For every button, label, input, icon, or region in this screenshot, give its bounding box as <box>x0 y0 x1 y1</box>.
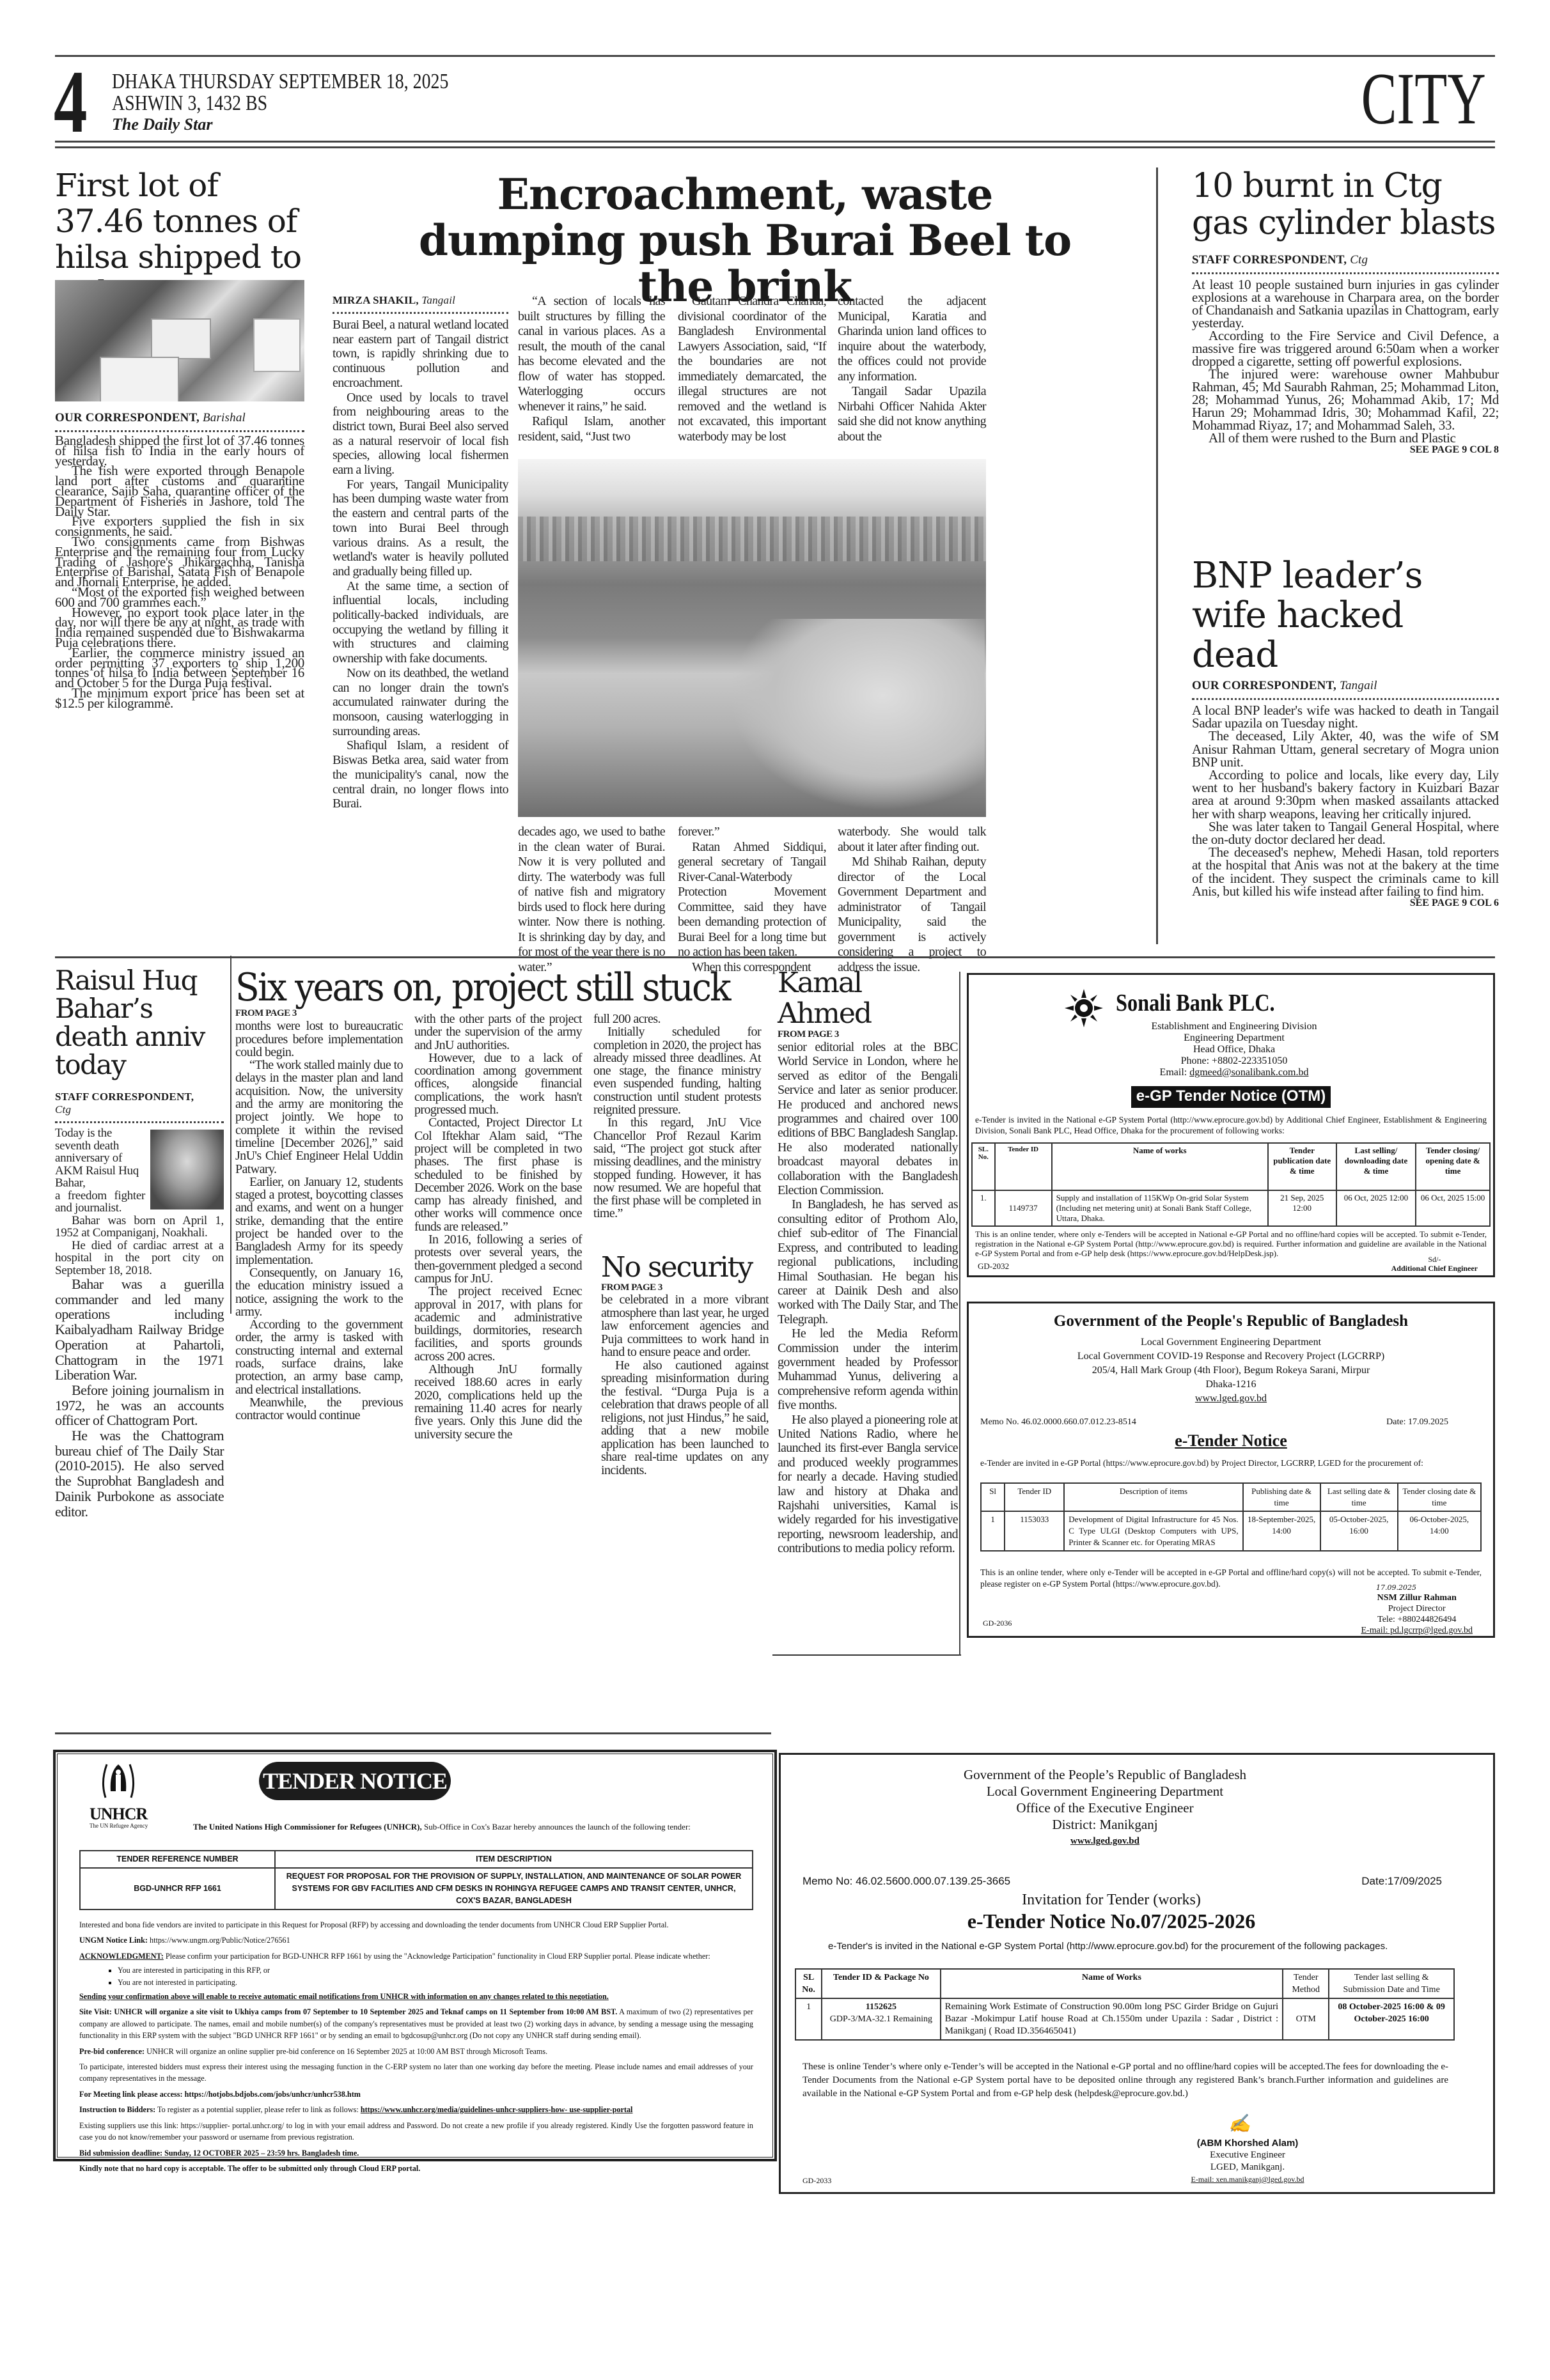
paragraph: Tangail Sadar Upazila Nirbahi Officer Na… <box>838 384 986 444</box>
address-line: 205/4, Hall Mark Group (4th Floor), Begu… <box>969 1364 1493 1378</box>
cell: 06 Oct, 2025 15:00 <box>1416 1190 1490 1226</box>
raisul-portrait <box>150 1130 224 1209</box>
notice-footer: This is an online tender, where only e-T… <box>975 1229 1487 1258</box>
cell: 08 October-2025 16:00 & 09 October-2025 … <box>1329 1998 1454 2040</box>
paragraph: A local BNP leader's wife was hacked to … <box>1192 704 1499 729</box>
paragraph: The injured were: warehouse owner Mahbub… <box>1192 368 1499 432</box>
paragraph: He also cautioned against spreading misi… <box>601 1359 769 1477</box>
designation: Executive Engineer <box>1139 2149 1356 2161</box>
prebid-label: Pre-bid conference: <box>79 2047 145 2056</box>
paragraph: “The work stalled mainly due to delays i… <box>235 1059 403 1176</box>
ad-code: GD-2036 <box>983 1619 1012 1628</box>
notice-title-wrap: e-GP Tender Notice (OTM) <box>969 1087 1493 1105</box>
col-header: Name of Works <box>941 1969 1283 1998</box>
paragraph: contacted the adjacent Municipal, Karati… <box>838 294 986 384</box>
paragraph: forever.” <box>678 825 826 840</box>
col-header: Sl <box>981 1483 1005 1511</box>
cell: 1149737 <box>995 1190 1052 1226</box>
byline-location: Tangail <box>1340 679 1377 692</box>
notice-footer: These is online Tender’s where only e-Te… <box>802 2060 1448 2101</box>
paragraph: According to the Fire Service and Civil … <box>1192 329 1499 368</box>
notice-title: e-Tender Notice No.07/2025-2026 <box>781 1909 1493 1933</box>
package-no: GDP-3/MA-32.1 Remaining <box>830 2014 932 2024</box>
paragraph: Meanwhile, the previous contractor would… <box>235 1396 403 1422</box>
six-years-col-2: with the other parts of the project unde… <box>414 1013 582 1441</box>
col-header: Tender publication date & time <box>1268 1143 1336 1190</box>
tender-notice-banner: TENDER NOTICE <box>259 1762 451 1800</box>
paragraph: be celebrated in a more vibrant atmosphe… <box>601 1293 769 1359</box>
instruction-label: Instruction to Bidders: <box>79 2105 155 2114</box>
email-label: Email: <box>1160 1067 1187 1078</box>
column-divider <box>1156 167 1158 944</box>
paragraph: Gautam Chandra Chanda, divisional coordi… <box>678 294 826 444</box>
notice-intro: e-Tender is invited in the National e-GP… <box>975 1114 1487 1136</box>
sonali-signatory: Sd/- Additional Chief Engineer <box>1391 1255 1478 1273</box>
page-number: 4 <box>54 64 88 141</box>
notice-intro: e-Tender's is invited in the National e-… <box>802 1940 1448 1953</box>
cell: 21 Sep, 2025 12:00 <box>1268 1190 1336 1226</box>
paragraph: full 200 acres. <box>593 1013 761 1025</box>
paragraph: Consequently, on January 16, the educati… <box>235 1266 403 1318</box>
notice-intro: e-Tender are invited in e-GP Portal (htt… <box>980 1457 1482 1469</box>
section-rule <box>55 956 1495 958</box>
memo-date: Date:17/09/2025 <box>1361 1875 1442 1888</box>
cell: BGD-UNHCR RFP 1661 <box>80 1868 275 1909</box>
bangla-date: ASHWIN 3, 1432 BS <box>112 92 267 115</box>
paragraph: For years, Tangail Municipality has been… <box>333 478 508 579</box>
sd-label: Sd/- <box>1391 1255 1478 1264</box>
headline: No security <box>601 1253 769 1282</box>
burai-col-2-bottom: decades ago, we used to bathe in the cle… <box>518 825 665 975</box>
burai-col-4-top: contacted the adjacent Municipal, Karati… <box>838 294 986 444</box>
paragraph: Ratan Ahmed Siddiqui, general secretary … <box>678 840 826 960</box>
unhcr-ad: UNHCR The UN Refugee Agency TENDER NOTIC… <box>55 1752 775 2159</box>
col-header: Last selling date & time <box>1320 1483 1398 1511</box>
signatory: NSM Zillur Rahman <box>1361 1592 1473 1603</box>
lged-signatory: NSM Zillur Rahman Project Director Tele:… <box>1361 1592 1473 1636</box>
byline-location: Tangail <box>421 294 455 306</box>
signatory: Additional Chief Engineer <box>1391 1264 1478 1273</box>
section-title: CITY <box>1361 67 1486 131</box>
paragraph: The deceased, Lily Akter, 40, was the wi… <box>1192 729 1499 768</box>
article-kamal: Kamal Ahmed FROM PAGE 3 senior editorial… <box>778 968 958 1556</box>
cell: 1152625GDP-3/MA-32.1 Remaining <box>822 1998 940 2040</box>
jump-link[interactable]: SEE PAGE 9 COL 6 <box>1192 898 1499 909</box>
paragraph: The fish were exported through Benapole … <box>55 466 304 517</box>
paragraph: Interested and bona fide vendors are inv… <box>79 1919 753 1931</box>
paragraph: He led the Media Reform Commission under… <box>778 1326 958 1412</box>
byline-location: Barishal <box>203 411 246 424</box>
address-line: Local Government COVID-19 Response and R… <box>969 1349 1493 1364</box>
paragraph: Burai Beel, a natural wetland located ne… <box>333 318 508 391</box>
cell: OTM <box>1283 1998 1329 2040</box>
table-row: 1 1153033 Development of Digital Infrast… <box>981 1511 1481 1551</box>
headline: Encroachment, waste dumping push Burai B… <box>333 171 1157 309</box>
office: LGED, Manikganj. <box>1139 2161 1356 2174</box>
byline: STAFF CORRESPONDENT,Ctg <box>55 1091 224 1123</box>
col-header: Tender last selling & Submission Date an… <box>1329 1969 1454 1998</box>
paragraph: She was later taken to Tangail General H… <box>1192 820 1499 846</box>
dateline: DHAKA THURSDAY SEPTEMBER 18, 2025 <box>112 70 448 93</box>
article-text: Burai Beel, a natural wetland located ne… <box>333 318 508 811</box>
column-divider <box>230 956 231 1314</box>
sonali-tender-table: SL. No. Tender ID Name of works Tender p… <box>971 1142 1491 1227</box>
article-bnp: BNP leader’s wife hacked dead OUR CORRES… <box>1192 556 1499 909</box>
unhcr-hands-icon <box>99 1759 137 1803</box>
col-header: Tender closing/ opening date & time <box>1416 1143 1490 1190</box>
headline: BNP leader’s wife hacked dead <box>1192 556 1499 675</box>
paragraph: According to the government order, the a… <box>235 1318 403 1396</box>
unhcr-wordmark: UNHCR <box>90 1806 147 1823</box>
col-header: Tender ID <box>1005 1483 1064 1511</box>
paragraph: In 2016, following a series of protests … <box>414 1233 582 1285</box>
article-six-years: Six years on, project still stuck <box>235 968 747 1007</box>
article-text: At least 10 people sustained burn injuri… <box>1192 278 1499 444</box>
town-skyline <box>518 517 986 561</box>
burai-col-3-top: Gautam Chandra Chanda, divisional coordi… <box>678 294 826 444</box>
fish-box <box>100 357 179 401</box>
unhcr-body: Interested and bona fide vendors are inv… <box>79 1919 753 2174</box>
notice-title: e-Tender Notice <box>1175 1431 1287 1450</box>
ad-code: GD-2033 <box>802 2176 831 2186</box>
paragraph: Bangladesh shipped the first lot of 37.4… <box>55 436 304 466</box>
manikganj-signatory: (ABM Khorshed Alam) Executive Engineer L… <box>1139 2137 1356 2186</box>
headline: Kamal Ahmed <box>778 968 958 1029</box>
signatory: (ABM Khorshed Alam) <box>1139 2137 1356 2149</box>
address-line: Local Government Engineering Department <box>969 1335 1493 1349</box>
telephone: Tele: +880244826494 <box>1361 1614 1473 1625</box>
instruction-text: To register as a potential supplier, ple… <box>157 2105 361 2114</box>
burai-beel-photo <box>518 459 986 817</box>
jump-link[interactable]: SEE PAGE 9 COL 8 <box>1192 444 1499 456</box>
manikganj-tender-table: SL No. Tender ID & Package No Name of Wo… <box>795 1968 1455 2041</box>
article-ctg-blast: 10 burnt in Ctg gas cylinder blasts STAF… <box>1192 167 1499 456</box>
paragraph: months were lost to bureaucratic procedu… <box>235 1020 403 1059</box>
byline: MIRZA SHAKIL, Tangail <box>333 294 508 314</box>
notice-title-wrap: e-Tender Notice <box>969 1431 1493 1451</box>
byline-location: Ctg <box>1350 253 1368 267</box>
lged-lgcrrp-ad: Government of the People's Republic of B… <box>967 1302 1495 1638</box>
address-line: Head Office, Dhaka <box>1084 1044 1384 1055</box>
burai-col-4-bottom: waterbody. She would talk about it later… <box>838 825 986 975</box>
header-line: District: Manikganj <box>781 1816 1429 1833</box>
paragraph: decades ago, we used to bathe in the cle… <box>518 825 665 975</box>
table-row: 1. 1149737 Supply and installation of 11… <box>972 1190 1490 1226</box>
paragraph: senior editorial roles at the BBC World … <box>778 1040 958 1197</box>
address-line: Engineering Department <box>1084 1032 1384 1044</box>
lged-address: Local Government Engineering Department … <box>969 1335 1493 1406</box>
paragraph: Initially scheduled for completion in 20… <box>593 1025 761 1116</box>
instruction-link[interactable]: https://www.unhcr.org/media/guidelines-u… <box>361 2105 633 2114</box>
byline-name: OUR CORRESPONDENT, <box>55 411 200 424</box>
burai-col-3-bottom: forever.” Ratan Ahmed Siddiqui, general … <box>678 825 826 975</box>
bullet-item: You are interested in participating in t… <box>118 1964 753 1976</box>
cell: 06 Oct, 2025 12:00 <box>1336 1190 1416 1226</box>
prebid-text: UNHCR will organize an online supplier p… <box>146 2047 547 2056</box>
paragraph: with the other parts of the project unde… <box>414 1013 582 1052</box>
memo-number: Memo No. 46.02.0000.660.07.012.23-8514 <box>980 1417 1136 1427</box>
deadline: Bid submission deadline: Sunday, 12 OCTO… <box>79 2147 753 2159</box>
col-header: ITEM DESCRIPTION <box>275 1851 753 1868</box>
unhcr-tagline: The UN Refugee Agency <box>90 1823 147 1829</box>
burai-col-1: MIRZA SHAKIL, Tangail Burai Beel, a natu… <box>333 294 508 811</box>
paragraph: To participate, interested bidders must … <box>79 2061 753 2085</box>
table-row: 1 1152625GDP-3/MA-32.1 Remaining Remaini… <box>795 1998 1454 2040</box>
paragraph: Contacted, Project Director Lt Col Iftek… <box>414 1116 582 1233</box>
designation: Project Director <box>1361 1603 1473 1614</box>
unhcr-intro: The United Nations High Commissioner for… <box>193 1821 753 1833</box>
fish-box <box>151 318 211 359</box>
section-rule <box>55 1732 771 1734</box>
col-header: Publishing date & time <box>1243 1483 1320 1511</box>
byline-name: STAFF CORRESPONDENT, <box>1192 253 1347 267</box>
memo-date: Date: 17.09.2025 <box>1386 1417 1448 1427</box>
address-line: Establishment and Engineering Division <box>1084 1021 1384 1032</box>
byline: OUR CORRESPONDENT, Barishal <box>55 411 304 432</box>
byline-name: STAFF CORRESPONDENT, <box>55 1091 194 1103</box>
paragraph: Shafiqul Islam, a resident of Biswas Bet… <box>333 738 508 811</box>
from-page-label: FROM PAGE 3 <box>601 1282 769 1293</box>
paragraph: Kindly note that no hard copy is accepta… <box>79 2163 753 2174</box>
website-link[interactable]: www.lged.gov.bd <box>969 1392 1493 1406</box>
wetland-water <box>729 619 985 811</box>
article-no-security: No security FROM PAGE 3 be celebrated in… <box>601 1253 769 1477</box>
header-line: Government of the People’s Republic of B… <box>781 1766 1429 1783</box>
paper-logo: The Daily Star <box>112 115 212 134</box>
col-header: Name of works <box>1052 1143 1268 1190</box>
six-years-col-3: full 200 acres. Initially scheduled for … <box>593 1013 761 1220</box>
col-header: Tender ID <box>995 1143 1052 1190</box>
paragraph: In this regard, JnU Vice Chancellor Prof… <box>593 1116 761 1220</box>
manikganj-header: Government of the People’s Republic of B… <box>781 1766 1493 1849</box>
cell: Supply and installation of 115KWp On-gri… <box>1052 1190 1268 1226</box>
signature-scribble: ✍ <box>1228 2113 1251 2134</box>
col-header: Description of items <box>1064 1483 1242 1511</box>
paragraph: Now on its deathbed, the wetland can no … <box>333 666 508 739</box>
from-page-label: FROM PAGE 3 <box>778 1029 958 1040</box>
meeting-link[interactable]: For Meeting link please access: https://… <box>79 2088 753 2100</box>
cell: Remaining Work Estimate of Construction … <box>941 1998 1283 2040</box>
paragraph: “A section of locals has built structure… <box>518 294 665 414</box>
paragraph: In Bangladesh, he has served as consulti… <box>778 1197 958 1326</box>
from-page-label: FROM PAGE 3 <box>235 1007 403 1020</box>
col-header: Last selling/ downloading date & time <box>1336 1143 1416 1190</box>
byline-name: OUR CORRESPONDENT, <box>1192 679 1336 692</box>
paragraph: He died of cardiac arrest at a hospital … <box>55 1240 224 1277</box>
notice-subtitle: Invitation for Tender (works) <box>781 1892 1493 1909</box>
cell: 06-October-2025, 14:00 <box>1398 1511 1481 1551</box>
headline: Raisul Huq Bahar’s death anniv today <box>55 967 224 1079</box>
hilsa-body: OUR CORRESPONDENT, Barishal Bangladesh s… <box>55 411 304 709</box>
cell: Development of Digital Infrastructure fo… <box>1064 1511 1242 1551</box>
address-line: Phone: +8802-223351050 <box>1084 1055 1384 1067</box>
intro-rest: Sub-Office in Cox's Bazar hereby announc… <box>422 1822 691 1832</box>
headline: Six years on, project still stuck <box>235 968 706 1007</box>
article-text: senior editorial roles at the BBC World … <box>778 1040 958 1556</box>
paragraph: Two consignments came from Bishwas Enter… <box>55 537 304 587</box>
article-text: Bangladesh shipped the first lot of 37.4… <box>55 436 304 709</box>
ack-label: ACKNOWLEDGMENT: <box>79 1952 164 1961</box>
paragraph: Earlier, the commerce ministry issued an… <box>55 648 304 688</box>
lged-tender-table: Sl Tender ID Description of items Publis… <box>980 1482 1482 1552</box>
memo-number: Memo No: 46.02.5600.000.07.139.25-3665 <box>802 1875 1010 1888</box>
kamal-box-bottom <box>772 1654 961 1656</box>
lged-manikganj-ad: Government of the People’s Republic of B… <box>779 1753 1495 2194</box>
paragraph: Rafiqul Islam, another resident, said, “… <box>518 414 665 444</box>
article-raisul: Raisul Huq Bahar’s death anniv today STA… <box>55 967 224 1519</box>
paragraph: According to police and locals, like eve… <box>1192 768 1499 820</box>
paragraph: Before joining journalism in 1972, he wa… <box>55 1383 224 1428</box>
email-link[interactable]: E-mail: pd.lgcrrp@lged.gov.bd <box>1361 1625 1473 1636</box>
article-text: be celebrated in a more vibrant atmosphe… <box>601 1293 769 1477</box>
paragraph: Once used by locals to travel from neigh… <box>333 391 508 478</box>
paragraph: However, no export took place later in t… <box>55 608 304 648</box>
intro-bold: The United Nations High Commissioner for… <box>193 1822 422 1832</box>
website-link[interactable]: www.lged.gov.bd <box>781 1833 1429 1849</box>
header-rule-2 <box>55 146 1495 148</box>
signature: 17.09.2025 <box>1376 1583 1416 1592</box>
address-line: Dhaka-1216 <box>969 1378 1493 1392</box>
header-line: Local Government Engineering Department <box>781 1783 1429 1800</box>
hilsa-photo <box>55 280 304 401</box>
ungm-link[interactable]: https://www.ungm.org/Public/Notice/27656… <box>150 1936 290 1945</box>
col-header: TENDER REFERENCE NUMBER <box>80 1851 275 1868</box>
paragraph: Existing suppliers use this link: https:… <box>79 2120 753 2143</box>
confirm-note: Sending your confirmation above will ena… <box>79 1991 753 2002</box>
ack-text: Please confirm your participation for BG… <box>166 1952 710 1961</box>
email-link[interactable]: dgmeed@sonalibank.com.bd <box>1189 1067 1308 1078</box>
paragraph: At least 10 people sustained burn injuri… <box>1192 278 1499 329</box>
lged-title: Government of the People's Republic of B… <box>969 1312 1493 1330</box>
email-link[interactable]: E-mail: xen.manikganj@lged.gov.bd <box>1139 2174 1356 2186</box>
sonali-address: Establishment and Engineering Division E… <box>969 1021 1493 1078</box>
cell: 1 <box>795 1998 822 2040</box>
paragraph: However, due to a lack of coordination a… <box>414 1052 582 1116</box>
sonali-bank-ad: Sonali Bank PLC. Establishment and Engin… <box>967 973 1495 1277</box>
byline-location: Ctg <box>55 1103 71 1116</box>
site-visit-bold: Site Visit: UNHCR will organize a site v… <box>79 2007 617 2016</box>
article-burai: Encroachment, waste dumping push Burai B… <box>333 171 1157 309</box>
paragraph: The minimum export price has been set at… <box>55 688 304 709</box>
cell: 1. <box>972 1190 995 1226</box>
notice-title: e-GP Tender Notice (OTM) <box>1131 1086 1331 1108</box>
cell: 1153033 <box>1005 1511 1064 1551</box>
article-text: A local BNP leader's wife was hacked to … <box>1192 704 1499 898</box>
paragraph: At the same time, a section of influenti… <box>333 579 508 666</box>
col-header: Tender ID & Package No <box>822 1969 940 1998</box>
byline: STAFF CORRESPONDENT, Ctg <box>1192 253 1499 274</box>
byline-name: MIRZA SHAKIL, <box>333 294 419 306</box>
paragraph: The deceased's nephew, Mehedi Hasan, tol… <box>1192 846 1499 898</box>
col-header: Tender closing date & time <box>1398 1483 1481 1511</box>
ad-code: GD-2032 <box>978 1261 1009 1272</box>
col-header: Tender Method <box>1283 1969 1329 1998</box>
fish-box <box>253 318 301 372</box>
headline: 10 burnt in Ctg gas cylinder blasts <box>1192 167 1499 242</box>
table-row: BGD-UNHCR RFP 1661 REQUEST FOR PROPOSAL … <box>80 1868 753 1909</box>
cell: 05-October-2025, 16:00 <box>1320 1511 1398 1551</box>
header-rule <box>55 141 1495 143</box>
paragraph: The project received Ecnec approval in 2… <box>414 1285 582 1363</box>
paragraph: All of them were rushed to the Burn and … <box>1192 432 1499 444</box>
header-line: Office of the Executive Engineer <box>781 1800 1429 1816</box>
bullet-item: You are not interested in participating. <box>118 1977 753 1988</box>
paragraph: Bahar was born on April 1, 1952 at Compa… <box>55 1215 224 1240</box>
column-divider <box>959 972 960 1656</box>
sonali-org-name: Sonali Bank PLC. <box>1116 989 1275 1017</box>
unhcr-tender-table: TENDER REFERENCE NUMBER ITEM DESCRIPTION… <box>79 1850 753 1910</box>
burai-col-2-top: “A section of locals has built structure… <box>518 294 665 444</box>
ungm-label: UNGM Notice Link: <box>79 1936 148 1945</box>
tender-id: 1152625 <box>866 2002 896 2012</box>
paragraph: He also played a pioneering role at Unit… <box>778 1413 958 1556</box>
byline: OUR CORRESPONDENT, Tangail <box>1192 679 1499 700</box>
paragraph: waterbody. She would talk about it later… <box>838 825 986 855</box>
cell: 18-September-2025, 14:00 <box>1243 1511 1320 1551</box>
cell: REQUEST FOR PROPOSAL FOR THE PROVISION O… <box>275 1868 753 1909</box>
paragraph: Although JnU formally received 188.60 ac… <box>414 1363 582 1441</box>
unhcr-logo: UNHCR The UN Refugee Agency <box>90 1759 147 1829</box>
six-years-col-1: FROM PAGE 3 months were lost to bureaucr… <box>235 1007 403 1422</box>
paragraph: He was the Chattogram bureau chief of Th… <box>55 1428 224 1519</box>
col-header: SL. No. <box>972 1143 995 1190</box>
top-rule <box>55 55 1495 57</box>
paragraph: Earlier, on January 12, students staged … <box>235 1176 403 1266</box>
paragraph: Bahar was a guerilla commander and led m… <box>55 1277 224 1383</box>
cell: 1 <box>981 1511 1005 1551</box>
col-header: SL No. <box>795 1969 822 1998</box>
